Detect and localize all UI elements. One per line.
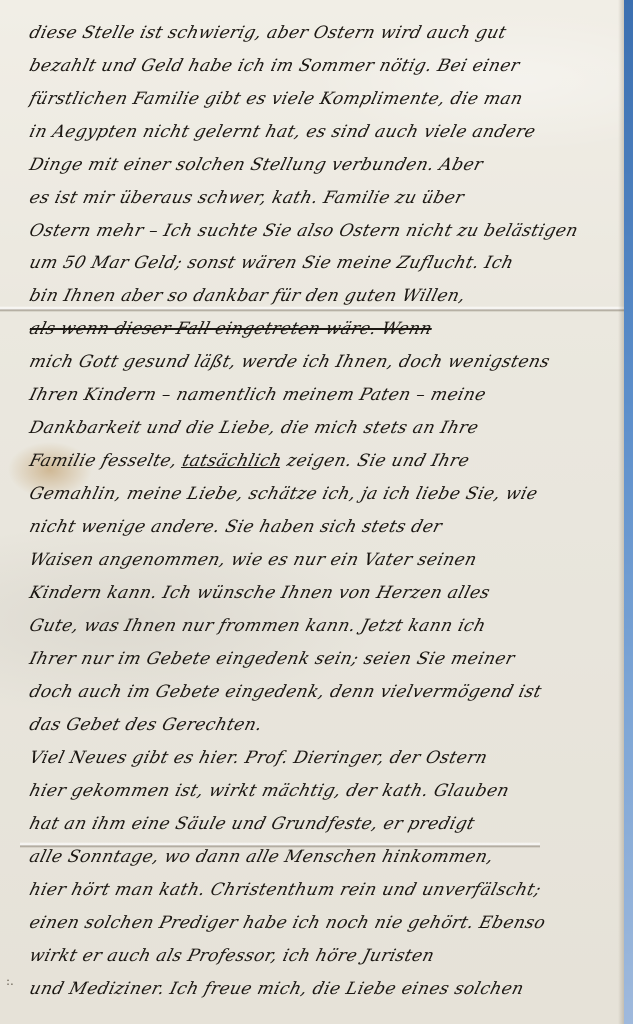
letter-line-with-underline: Familie fesselte, tatsächlich zeigen. Si… [26,450,616,476]
letter-line: mich Gott gesund läßt, werde ich Ihnen, … [26,351,616,377]
letter-line: fürstlichen Familie gibt es viele Kompli… [26,88,616,114]
letter-line: Kindern kann. Ich wünsche Ihnen von Herz… [26,582,616,608]
letter-line: und Mediziner. Ich freue mich, die Liebe… [26,978,616,1004]
letter-body: diese Stelle ist schwierig, aber Ostern … [0,0,624,1024]
letter-line: Dankbarkeit und die Liebe, die mich stet… [26,417,616,443]
letter-line: wirkt er auch als Professor, ich höre Ju… [26,945,616,971]
letter-line: hier hört man kath. Christenthum rein un… [26,879,616,905]
letter-line: hier gekommen ist, wirkt mächtig, der ka… [26,780,616,806]
letter-line: einen solchen Prediger habe ich noch nie… [26,912,616,938]
letter-line: diese Stelle ist schwierig, aber Ostern … [26,22,616,48]
letter-line: Dinge mit einer solchen Stellung verbund… [26,154,616,180]
letter-line: in Aegypten nicht gelernt hat, es sind a… [26,121,616,147]
letter-line-struck-through: als wenn dieser Fall eingetreten wäre. W… [26,318,616,344]
letter-line: Ihrer nur im Gebete eingedenk sein; seie… [26,648,616,674]
letter-page: diese Stelle ist schwierig, aber Ostern … [0,0,624,1024]
underlined-word: tatsächlich [180,451,284,471]
letter-line: nicht wenige andere. Sie haben sich stet… [26,516,616,542]
letter-line: doch auch im Gebete eingedenk, denn viel… [26,681,616,707]
letter-line: hat an ihm eine Säule und Grundfeste, er… [26,813,616,839]
letter-line: Ostern mehr – Ich suchte Sie also Ostern… [26,220,616,246]
letter-line: Waisen angenommen, wie es nur ein Vater … [26,549,616,575]
letter-line: es ist mir überaus schwer, kath. Familie… [26,187,616,213]
margin-ink-mark: :. [6,974,14,988]
letter-line: alle Sonntage, wo dann alle Menschen hin… [26,846,616,872]
letter-line: Viel Neues gibt es hier. Prof. Dieringer… [26,747,616,773]
letter-line: Gemahlin, meine Liebe, schätze ich, ja i… [26,483,616,509]
letter-line: bezahlt und Geld habe ich im Sommer nöti… [26,55,616,81]
letter-line: um 50 Mar Geld; sonst wären Sie meine Zu… [26,252,616,278]
letter-line: Gute, was Ihnen nur frommen kann. Jetzt … [26,615,616,641]
letter-line: das Gebet des Gerechten. [26,714,616,740]
letter-line: Ihren Kindern – namentlich meinem Paten … [26,384,616,410]
letter-line: bin Ihnen aber so dankbar für den guten … [26,285,616,311]
blue-background-edge [624,0,633,1024]
